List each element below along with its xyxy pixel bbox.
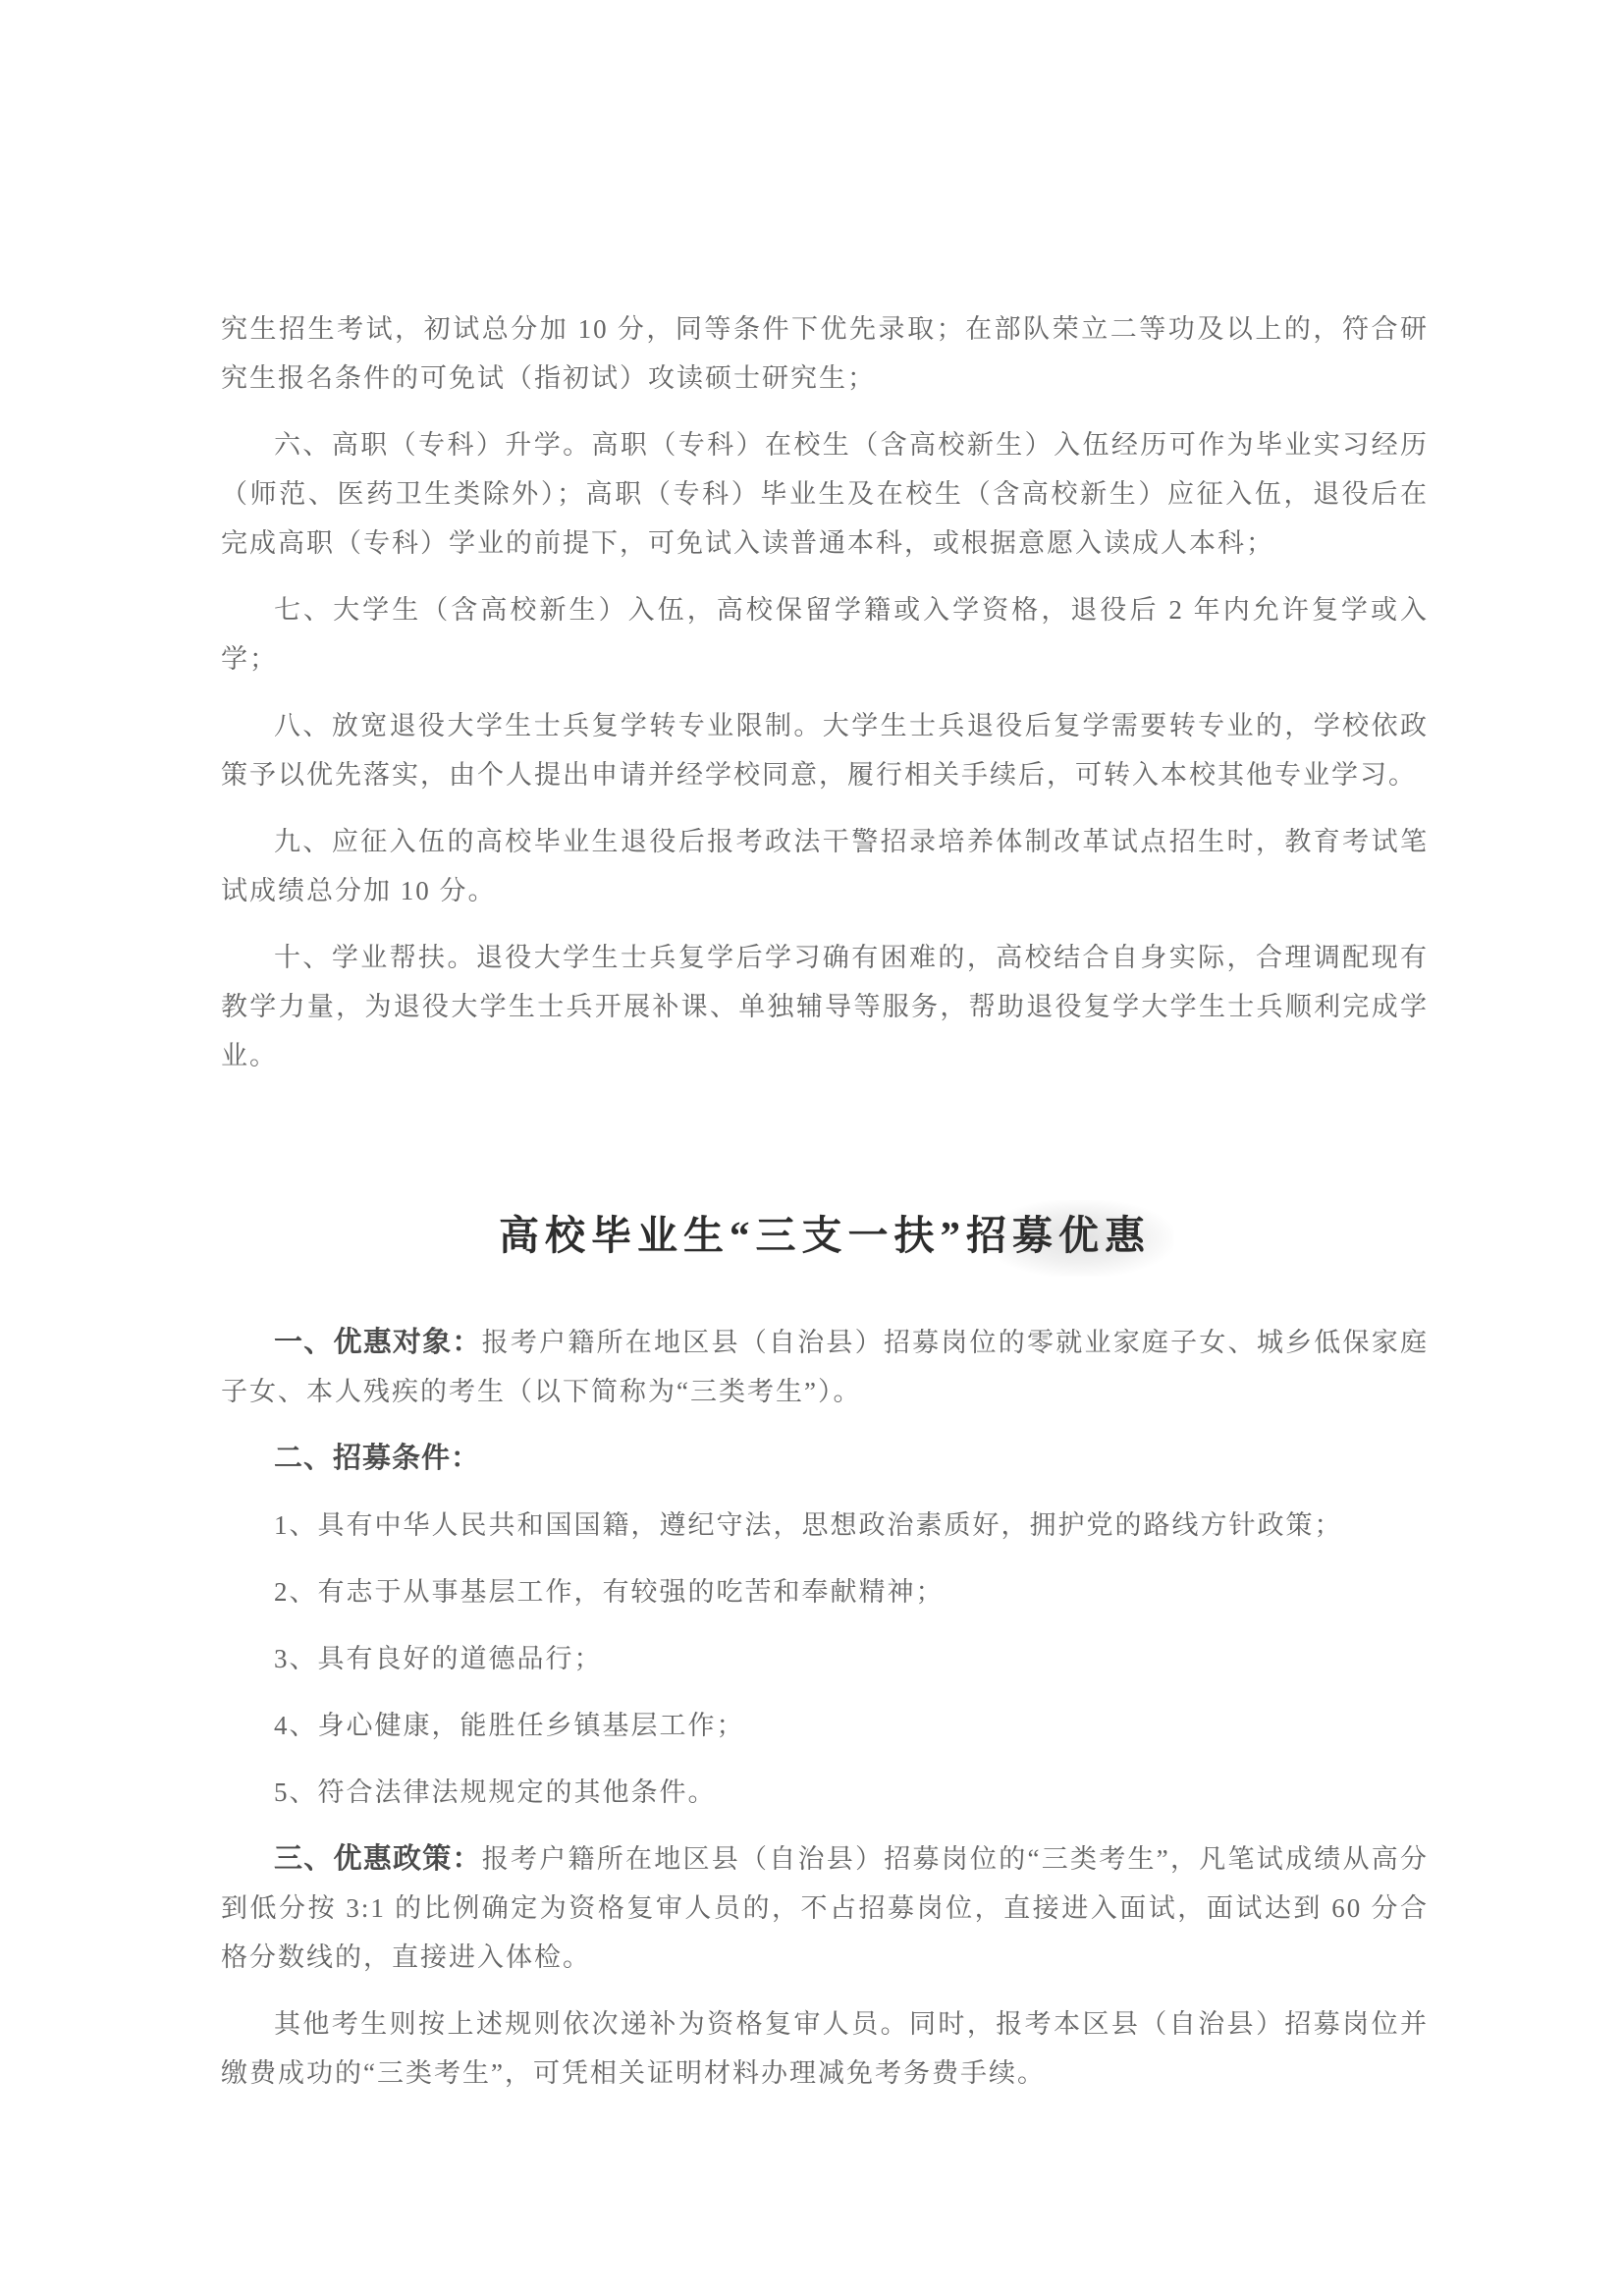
policy-item-10: 十、学业帮扶。退役大学生士兵复学后学习确有困难的，高校结合自身实际，合理调配现有… <box>221 933 1429 1080</box>
closing-paragraph: 其他考生则按上述规则依次递补为资格复审人员。同时，报考本区县（自治县）招募岗位并… <box>221 1999 1429 2098</box>
document-title: 高校毕业生“三支一扶”招募优惠 <box>221 1208 1429 1263</box>
policy-item-8: 八、放宽退役大学生士兵复学转专业限制。大学生士兵退役后复学需要转专业的，学校依政… <box>221 701 1429 799</box>
document-title-text: 高校毕业生“三支一扶”招募优惠 <box>499 1213 1151 1258</box>
section-label-1: 一、优惠对象： <box>274 1327 482 1358</box>
benefit-policy-paragraph: 三、优惠政策：报考户籍所在地区县（自治县）招募岗位的“三类考生”，凡笔试成绩从高… <box>221 1834 1429 1982</box>
document-content: 究生招生考试，初试总分加 10 分，同等条件下优先录取；在部队荣立二等功及以上的… <box>221 304 1429 2115</box>
scanned-page: 究生招生考试，初试总分加 10 分，同等条件下优先录取；在部队荣立二等功及以上的… <box>0 0 1623 2296</box>
section-label-2: 二、招募条件： <box>274 1443 480 1474</box>
condition-item-2: 2、有志于从事基层工作，有较强的吃苦和奉献精神； <box>221 1567 1429 1616</box>
policy-item-7: 七、大学生（含高校新生）入伍，高校保留学籍或入学资格，退役后 2 年内允许复学或… <box>221 585 1429 683</box>
benefit-target-paragraph: 一、优惠对象：报考户籍所在地区县（自治县）招募岗位的零就业家庭子女、城乡低保家庭… <box>221 1318 1429 1416</box>
recruit-conditions-heading: 二、招募条件： <box>221 1434 1429 1483</box>
continuation-paragraph: 究生招生考试，初试总分加 10 分，同等条件下优先录取；在部队荣立二等功及以上的… <box>221 304 1429 403</box>
condition-item-3: 3、具有良好的道德品行； <box>221 1634 1429 1683</box>
section-label-3: 三、优惠政策： <box>274 1843 482 1875</box>
condition-item-4: 4、身心健康，能胜任乡镇基层工作； <box>221 1701 1429 1750</box>
condition-item-1: 1、具有中华人民共和国国籍，遵纪守法，思想政治素质好，拥护党的路线方针政策； <box>221 1501 1429 1550</box>
condition-item-5: 5、符合法律法规规定的其他条件。 <box>221 1768 1429 1817</box>
policy-item-9: 九、应征入伍的高校毕业生退役后报考政法干警招录培养体制改革试点招生时，教育考试笔… <box>221 817 1429 915</box>
policy-item-6: 六、高职（专科）升学。高职（专科）在校生（含高校新生）入伍经历可作为毕业实习经历… <box>221 420 1429 568</box>
